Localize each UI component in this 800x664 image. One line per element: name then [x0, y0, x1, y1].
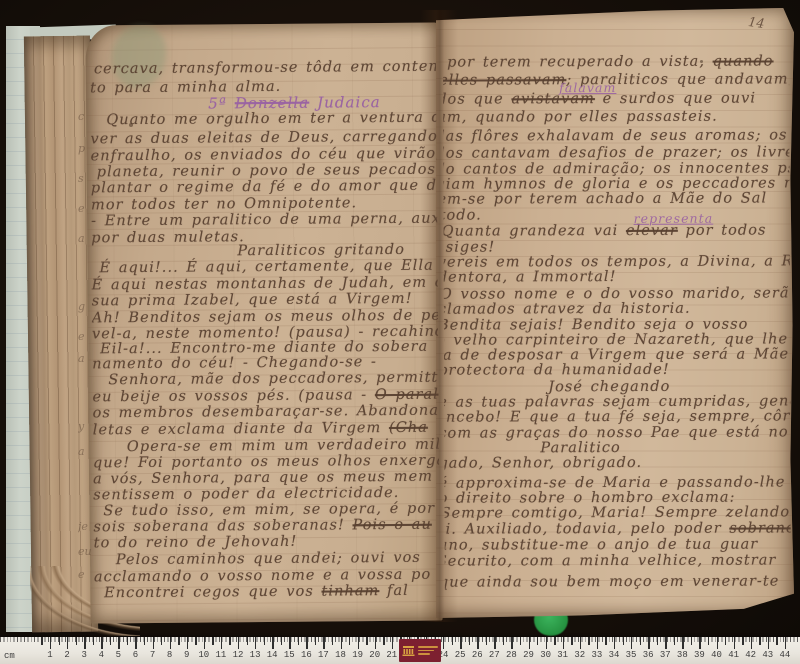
text-segment: (Cha	[389, 420, 428, 436]
ruler-unit-label: cm	[4, 651, 15, 661]
text-segment: Quanta grandeza vai	[443, 223, 626, 240]
manuscript-line: Paraliticos gritando	[237, 242, 405, 259]
ruler-half-tick	[776, 637, 777, 645]
text-segment: Encontrei cegos que vos	[104, 584, 322, 602]
ruler-cm-tick	[477, 637, 478, 649]
ruler-half-tick	[657, 637, 658, 645]
edge-fragment: e	[78, 330, 85, 343]
manuscript-line: vereis em todos os tempos, a Divina, a R…	[443, 253, 791, 270]
ruler-number: 25	[455, 650, 466, 660]
ruler-cm-tick	[118, 637, 119, 649]
ruler-number: 37	[660, 650, 671, 660]
text-segment: dentora, a Immortal!	[443, 269, 617, 286]
text-segment: O paralitico	[375, 386, 441, 403]
ruler-cm-tick	[563, 637, 564, 649]
ruler-half-tick	[161, 637, 162, 645]
text-segment: sobrano	[729, 520, 791, 536]
ruler-number: 21	[386, 650, 397, 660]
ruler-cm-tick	[614, 637, 615, 649]
margin-letter-fragments: cpseageayajeeue	[78, 0, 100, 664]
edge-fragment: e	[78, 568, 85, 581]
ruler-half-tick	[93, 637, 94, 645]
edge-fragment: s	[78, 172, 84, 185]
ruler-half-tick	[298, 637, 299, 645]
ruler-cm-tick	[511, 637, 512, 649]
ruler-cm-tick	[306, 637, 307, 649]
ruler-number: 1	[47, 650, 52, 660]
text-segment: É aqui!... É aqui, certamente, que Ella	[99, 258, 433, 277]
manuscript-line: protectora da humanidade!	[443, 362, 670, 379]
manuscript-line: sua prima Izabel, que está a Virgem!	[92, 291, 413, 310]
text-segment: Quanto me orgulho em ter a ventura de	[106, 110, 440, 129]
text-segment: Judaica	[309, 93, 381, 112]
manuscript-line: É aqui!... É aqui, certamente, que Ella	[99, 258, 433, 277]
ruler-cm-tick	[665, 637, 666, 649]
ruler-cm-tick	[392, 637, 393, 649]
manuscript-line: Quanto me orgulho em ter a ventura de	[106, 110, 440, 129]
ruler-half-tick	[605, 637, 606, 645]
ruler-cm-tick	[546, 637, 547, 649]
ruler-half-tick	[315, 637, 316, 645]
ruler-cm-tick	[751, 637, 752, 649]
ruler-half-tick	[110, 637, 111, 645]
text-segment: quando	[713, 53, 774, 69]
text-segment: José chegando	[548, 379, 670, 395]
ruler-cm-tick	[768, 637, 769, 649]
manuscript-line: Paralitico	[540, 440, 620, 456]
ruler-number: 34	[609, 650, 620, 660]
text-segment: siges!	[446, 239, 496, 255]
ruler-cm-tick	[170, 637, 171, 649]
right-page-text: por terem recuperado a vista, quandoelle…	[443, 0, 791, 664]
ruler-cm-tick	[734, 637, 735, 649]
ruler-half-tick	[229, 637, 230, 645]
manuscript-line: Sempre comtigo, Maria! Sempre zelando	[443, 504, 790, 521]
ruler-number: 26	[472, 650, 483, 660]
archive-logo	[399, 639, 441, 662]
manuscript-line: que ainda sou bem moço em venerar-te	[443, 573, 780, 590]
ruler-cm-tick	[341, 637, 342, 649]
ruler-cm-tick	[187, 637, 188, 649]
text-segment: sois soberana das soberanas!	[93, 517, 352, 535]
ruler-half-tick	[469, 637, 470, 645]
ruler-number: 16	[301, 650, 312, 660]
ruler-half-tick	[212, 637, 213, 645]
manuscript-line: letas e exclama diante da Virgem (Cha	[93, 420, 428, 439]
ruler-number: 11	[215, 650, 226, 660]
text-segment: cercava, transformou-se tôda em contento	[94, 58, 441, 77]
ruler-half-tick	[759, 637, 760, 645]
ruler-number: 18	[335, 650, 346, 660]
text-segment: por terem recuperado a vista,	[447, 54, 713, 71]
text-segment: letas e exclama diante da Virgem	[93, 420, 389, 438]
text-segment: dos cantavam desafios de prazer; os livr…	[443, 144, 791, 161]
ruler-number: 8	[167, 650, 172, 660]
ruler-number: 33	[591, 650, 602, 660]
manuscript-line: Pelos caminhos que andei; ouvi vos	[116, 550, 421, 568]
edge-fragment: c	[78, 110, 84, 123]
ruler-number: 4	[99, 650, 104, 660]
edge-fragment: y	[78, 420, 84, 433]
manuscript-line: cercava, transformou-se tôda em contento	[94, 58, 441, 77]
ruler-cm-tick	[648, 637, 649, 649]
manuscript-line: Senhora, mãe dos peccadores, permitti	[108, 370, 440, 389]
text-segment: ver as duas eleitas de Deus, carregando …	[90, 128, 440, 147]
edge-fragment: eu	[78, 545, 92, 558]
manuscript-scan: cercava, transformou-se tôda em contento…	[0, 0, 800, 664]
measurement-ruler: cm 1234567891011121314151617181920212223…	[0, 637, 800, 664]
ruler-cm-tick	[443, 637, 444, 649]
text-segment: tinham	[321, 583, 379, 599]
ruler-cm-tick	[272, 637, 273, 649]
edge-fragment: a	[78, 445, 85, 458]
edge-fragment: a	[78, 352, 85, 365]
manuscript-line: Quanta grandeza vai elevar por todos	[443, 222, 767, 239]
edge-fragment: p	[78, 142, 85, 155]
manuscript-line: gado, Senhor, obrigado.	[443, 455, 642, 472]
manuscript-line: plantar o regime da fé e do amor que de	[91, 178, 441, 197]
ruler-half-tick	[742, 637, 743, 645]
edge-fragment: g	[78, 300, 85, 313]
page-number: 14	[747, 15, 765, 32]
ruler-cm-tick	[153, 637, 154, 649]
text-segment: Securito, com a minha velhice, mostrar	[443, 552, 777, 569]
manuscript-line: to do reino de Jehovah!	[94, 534, 298, 552]
manuscript-line: ancebo! E que a tua fé seja, sempre, côr…	[443, 408, 791, 425]
manuscript-line: siges!	[446, 239, 496, 255]
ruler-cm-tick	[101, 637, 102, 649]
ruler-half-tick	[537, 637, 538, 645]
manuscript-line: ti. Auxiliado, todavia, pelo poder sobra…	[443, 520, 791, 537]
ruler-number: 20	[369, 650, 380, 660]
ruler-cm-tick	[375, 637, 376, 649]
ruler-number: 3	[81, 650, 86, 660]
ruler-cm-tick	[699, 637, 700, 649]
ruler-half-tick	[691, 637, 692, 645]
ruler-number: 13	[250, 650, 261, 660]
manuscript-line: clamados atravez da historia.	[443, 301, 691, 318]
ruler-number: 9	[184, 650, 189, 660]
ruler-number: 44	[779, 650, 790, 660]
ruler-half-tick	[640, 637, 641, 645]
ruler-number: 30	[540, 650, 551, 660]
manuscript-line: por terem recuperado a vista, quando	[447, 53, 774, 70]
ruler-number: 15	[284, 650, 295, 660]
text-segment: elles passavam	[443, 72, 567, 88]
manuscript-line: Encontrei cegos que vos tinham fal	[104, 583, 409, 601]
ruler-half-tick	[588, 637, 589, 645]
text-segment: Senhora, mãe dos peccadores, permitti	[108, 370, 440, 389]
ruler-cm-tick	[289, 637, 290, 649]
ruler-number: 42	[745, 650, 756, 660]
ruler-half-tick	[127, 637, 128, 645]
text-segment: ti. Auxiliado, todavia, pelo poder	[443, 521, 730, 538]
ruler-number: 7	[150, 650, 155, 660]
ruler-number: 6	[133, 650, 138, 660]
text-segment: ano, substitue-me o anjo de tua guar	[443, 537, 758, 554]
ruler-half-tick	[708, 637, 709, 645]
text-segment: Pelos caminhos que andei; ouvi vos	[116, 550, 421, 568]
left-page-text: cercava, transformou-se tôda em contento…	[89, 0, 440, 664]
text-segment: protectora da humanidade!	[443, 362, 670, 379]
ruler-cm-tick	[84, 637, 85, 649]
ruler-half-tick	[452, 637, 453, 645]
text-segment: Pois o au	[352, 517, 431, 534]
text-segment: am, quando por elles passasteis.	[443, 109, 718, 126]
purple-correction: falavam	[559, 80, 616, 95]
manuscript-line: dos cantavam desafios de prazer; os livr…	[443, 144, 791, 161]
text-segment: que ainda sou bem moço em venerar-te	[443, 573, 780, 590]
ruler-half-tick	[41, 637, 42, 645]
text-segment: os membros desembaraçar-se. Abandona as …	[93, 402, 441, 421]
ruler-half-tick	[383, 637, 384, 645]
ruler-number: 31	[557, 650, 568, 660]
ruler-cm-tick	[631, 637, 632, 649]
manuscript-line: os membros desembaraçar-se. Abandona as …	[93, 402, 441, 421]
ruler-cm-tick	[323, 637, 324, 649]
ruler-cm-tick	[494, 637, 495, 649]
ruler-half-tick	[674, 637, 675, 645]
ruler-cm-tick	[221, 637, 222, 649]
ruler-cm-tick	[785, 637, 786, 649]
text-segment: gado, Senhor, obrigado.	[443, 455, 642, 472]
text-segment: Donzella	[235, 94, 310, 113]
text-segment: sua prima Izabel, que está a Virgem!	[92, 291, 413, 310]
ruler-half-tick	[349, 637, 350, 645]
ruler-number: 17	[318, 650, 329, 660]
ruler-number: 10	[198, 650, 209, 660]
ruler-half-tick	[503, 637, 504, 645]
ruler-number: 14	[267, 650, 278, 660]
ruler-number: 28	[506, 650, 517, 660]
text-segment: dos que	[443, 91, 512, 107]
ruler-number: 32	[574, 650, 585, 660]
open-book: cercava, transformou-se tôda em contento…	[0, 0, 800, 664]
text-segment: ancebo! E que a tua fé seja, sempre, côr…	[443, 408, 791, 425]
manuscript-line: por duas muletas.	[91, 229, 245, 246]
ruler-cm-tick	[682, 637, 683, 649]
edge-fragment: je	[78, 520, 88, 533]
ruler-half-tick	[623, 637, 624, 645]
logo-text-placeholder	[418, 646, 438, 655]
ruler-half-tick	[264, 637, 265, 645]
ruler-half-tick	[59, 637, 60, 645]
ruler-cm-tick	[717, 637, 718, 649]
ruler-half-tick	[195, 637, 196, 645]
text-segment: das flôres exhalavam de seus aromas; os …	[443, 127, 791, 144]
ruler-half-tick	[76, 637, 77, 645]
text-segment: fal	[379, 583, 409, 599]
text-segment: to do reino de Jehovah!	[94, 534, 298, 552]
ruler-number: 12	[233, 650, 244, 660]
manuscript-line: todo.	[443, 207, 482, 223]
ruler-number: 43	[762, 650, 773, 660]
ruler-half-tick	[520, 637, 521, 645]
manuscript-line: sois soberana das soberanas! Pois o au	[93, 517, 431, 536]
ruler-cm-tick	[67, 637, 68, 649]
manuscript-line: am, quando por elles passasteis.	[443, 109, 718, 126]
manuscript-line: ver as duas eleitas de Deus, carregando …	[90, 128, 440, 147]
manuscript-line: elles passavam; paraliticos que andavam,	[443, 71, 791, 88]
text-segment: 5ª	[208, 94, 235, 112]
text-segment: Sempre comtigo, Maria! Sempre zelando	[443, 504, 790, 521]
ruler-number: 38	[677, 650, 688, 660]
ruler-half-tick	[247, 637, 248, 645]
ruler-cm-tick	[460, 637, 461, 649]
ruler-number: 36	[643, 650, 654, 660]
ruler-cm-tick	[358, 637, 359, 649]
manuscript-line: - Entre um paralitico de uma perna, aux	[91, 211, 441, 230]
ruler-number: 5	[116, 650, 121, 660]
ruler-number: 35	[626, 650, 637, 660]
text-segment: por duas muletas.	[91, 229, 245, 246]
ruler-half-tick	[178, 637, 179, 645]
ruler-half-tick	[144, 637, 145, 645]
ruler-half-tick	[571, 637, 572, 645]
ruler-half-tick	[281, 637, 282, 645]
ruler-half-tick	[332, 637, 333, 645]
text-segment: todo.	[443, 207, 482, 223]
ruler-half-tick	[725, 637, 726, 645]
ruler-cm-tick	[135, 637, 136, 649]
ruler-number: 29	[523, 650, 534, 660]
manuscript-line: das flôres exhalavam de seus aromas; os …	[443, 127, 791, 144]
text-segment: Paralitico	[540, 440, 620, 456]
ruler-cm-tick	[204, 637, 205, 649]
text-segment: vereis em todos os tempos, a Divina, a R…	[443, 253, 791, 270]
manuscript-line: em-se por terem achado a Mãe do Sal	[443, 190, 767, 207]
ruler-cm-tick	[238, 637, 239, 649]
text-segment: e surdos que ouvi	[595, 91, 756, 108]
text-segment: - Entre um paralitico de uma perna, aux	[91, 211, 441, 230]
text-segment: clamados atravez da historia.	[443, 301, 691, 318]
text-segment: Paraliticos gritando	[237, 242, 405, 259]
manuscript-line: José chegando	[548, 379, 670, 395]
manuscript-line: dentora, a Immortal!	[443, 269, 617, 286]
ruler-half-tick	[366, 637, 367, 645]
ruler-number: 2	[64, 650, 69, 660]
ruler-cm-tick	[580, 637, 581, 649]
ruler-cm-tick	[529, 637, 530, 649]
manuscript-line: ano, substitue-me o anjo de tua guar	[443, 537, 758, 554]
ruler-cm-tick	[50, 637, 51, 649]
text-segment: plantar o regime da fé e do amor que de	[91, 178, 441, 197]
building-icon	[402, 644, 415, 657]
ruler-half-tick	[486, 637, 487, 645]
ruler-cm-tick	[255, 637, 256, 649]
ruler-number: 19	[352, 650, 363, 660]
ruler-cm-tick	[597, 637, 598, 649]
ruler-number: 27	[489, 650, 500, 660]
ruler-number: 41	[728, 650, 739, 660]
edge-fragment: a	[78, 232, 85, 245]
manuscript-line: Securito, com a minha velhice, mostrar	[443, 552, 777, 569]
text-segment: em-se por terem achado a Mãe do Sal	[443, 190, 767, 207]
edge-fragment: e	[78, 202, 85, 215]
ruler-number: 39	[694, 650, 705, 660]
purple-correction: representa	[634, 211, 714, 226]
ruler-number: 40	[711, 650, 722, 660]
ruler-half-tick	[554, 637, 555, 645]
